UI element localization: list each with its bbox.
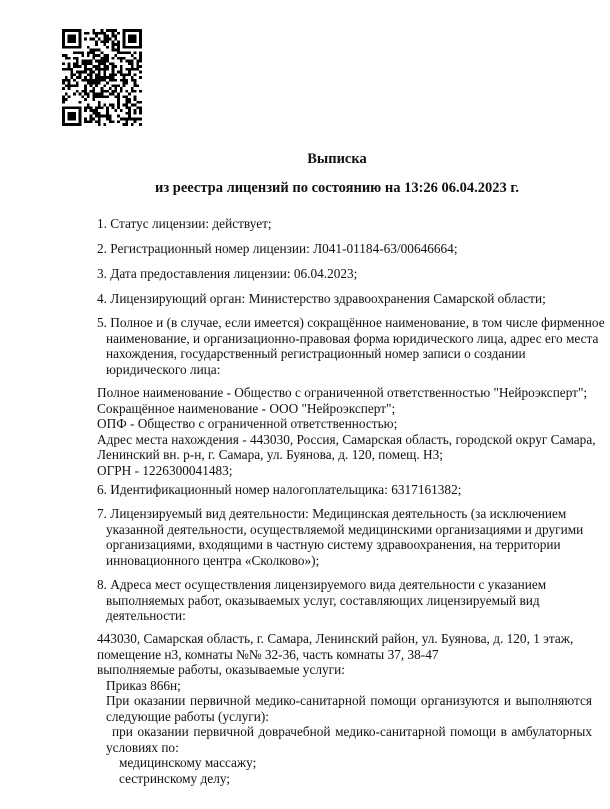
services-label: выполняемые работы, оказываемые услуги: [97,662,592,678]
prehospital-line: условиях по: [97,740,592,756]
item5-line: наименование, и организационно-правовая … [97,331,592,347]
pmsp-intro-line: следующие работы (услуги): [97,709,592,725]
item-inn: 6. Идентификационный номер налогоплатель… [97,482,461,498]
short-name: Сокращённое наименование - ООО "Нейроэкс… [97,401,592,417]
service-item: сестринскому делу; [97,771,592,787]
item-registration-number: 2. Регистрационный номер лицензии: Л041-… [97,241,458,257]
address-line: Адрес места нахождения - 443030, Россия,… [97,432,592,448]
item-legal-entity-heading: 5. Полное и (в случае, если имеется) сок… [97,315,592,377]
pmsp-intro-line: При оказании первичной медико-санитарной… [97,693,592,709]
ogrn: ОГРН - 1226300041483; [97,463,592,479]
activity-address-line: 443030, Самарская область, г. Самара, Ле… [97,631,592,647]
item8-line: 8. Адреса мест осуществления лицензируем… [97,577,592,593]
item7-line: организациями, входящими в частную систе… [97,537,592,553]
item7-line: инновационного центра «Сколково»); [97,553,592,569]
item-licensing-authority: 4. Лицензирующий орган: Министерство здр… [97,291,546,307]
item8-line: выполняемых работ, оказываемых услуг, со… [97,593,592,609]
address-line: Ленинский вн. р-н, г. Самара, ул. Буянов… [97,447,592,463]
item7-line: указанной деятельности, осуществляемой м… [97,522,592,538]
legal-form: ОПФ - Общество с ограниченной ответствен… [97,416,592,432]
full-name: Полное наименование - Общество с огранич… [97,385,592,401]
item-license-status: 1. Статус лицензии: действует; [97,216,272,232]
item-licensed-activity: 7. Лицензируемый вид деятельности: Медиц… [97,506,592,568]
item8-line: деятельности: [97,608,592,624]
legal-entity-details: Полное наименование - Общество с огранич… [97,385,592,478]
item5-line: нахождения, государственный регистрацион… [97,346,592,362]
activity-address: 443030, Самарская область, г. Самара, Ле… [97,631,592,786]
item5-line: юридического лица: [97,362,592,378]
service-item: медицинскому массажу; [97,755,592,771]
item5-line: 5. Полное и (в случае, если имеется) сок… [97,315,592,331]
item-issue-date: 3. Дата предоставления лицензии: 06.04.2… [97,266,357,282]
activity-address-line: помещение н3, комнаты №№ 32-36, часть ко… [97,647,592,663]
item-activity-addresses: 8. Адреса мест осуществления лицензируем… [97,577,592,624]
document-title: Выписка [32,152,610,168]
qr-code-icon [62,29,142,126]
item7-line: 7. Лицензируемый вид деятельности: Медиц… [97,506,592,522]
prehospital-line: при оказании первичной доврачебной медик… [97,724,592,740]
order-reference: Приказ 866н; [97,678,592,694]
document-subtitle: из реестра лицензий по состоянию на 13:2… [32,181,610,197]
